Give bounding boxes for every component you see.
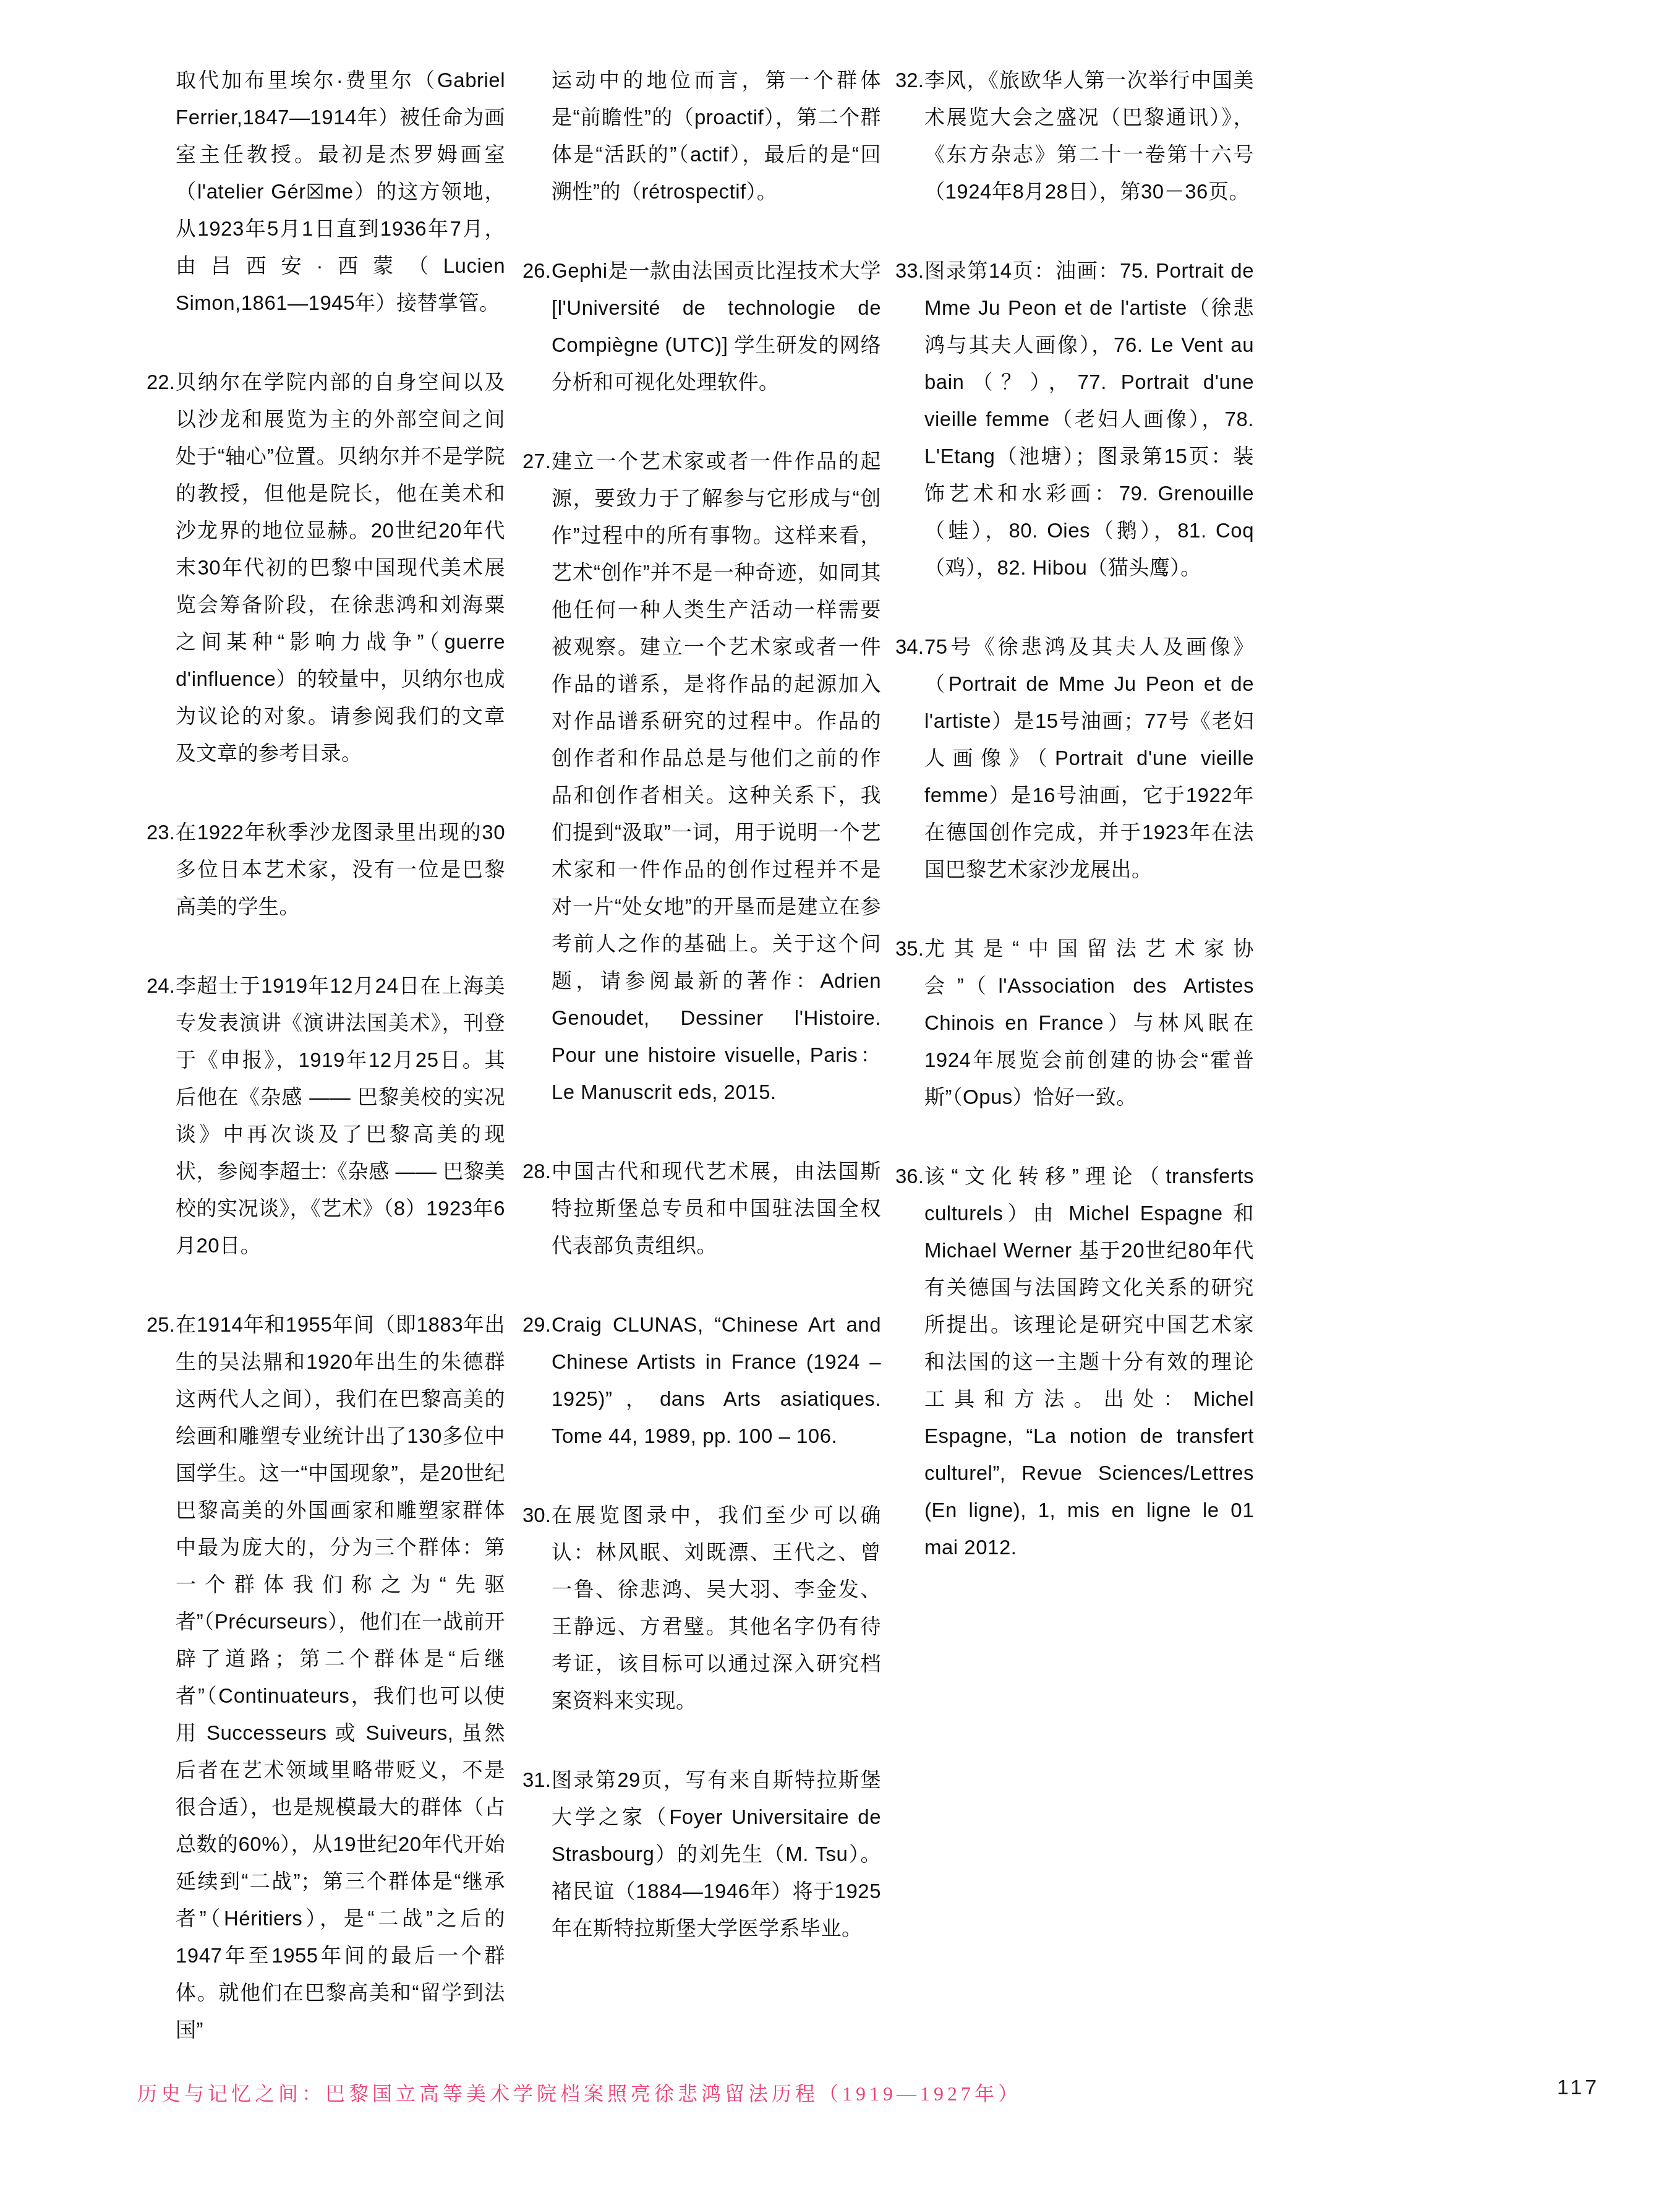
notes-column-1: 取代加布里埃尔·费里尔（Gabriel Ferrier,1847—1914年）被…: [147, 62, 505, 2091]
note-number: 24.: [147, 967, 175, 1004]
note-number: 27.: [522, 443, 551, 480]
note-text: 尤其是“中国留法艺术家协会”（l'Association des Artiste…: [924, 937, 1254, 1108]
note-text: 在1914年和1955年间（即1883年出生的吴法鼎和1920年出生的朱德群这两…: [176, 1313, 505, 2041]
note-number: 30.: [522, 1497, 551, 1534]
note-text: Gephi是一款由法国贡比涅技术大学 [l'Université de tech…: [552, 259, 881, 393]
note-36: 36.该“文化转移”理论（transferts culturels）由 Mich…: [895, 1158, 1254, 1566]
note-number: 26.: [522, 252, 551, 289]
note-number: 34.: [895, 628, 924, 666]
note-25: 25.在1914年和1955年间（即1883年出生的吴法鼎和1920年出生的朱德…: [147, 1306, 505, 2049]
note-32: 32.李风，《旅欧华人第一次举行中国美术展览大会之盛况（巴黎通讯）》，《东方杂志…: [895, 62, 1254, 210]
note-text: 该“文化转移”理论（transferts culturels）由 Michel …: [924, 1165, 1254, 1559]
notes-column-3: 32.李风，《旅欧华人第一次举行中国美术展览大会之盛况（巴黎通讯）》，《东方杂志…: [895, 62, 1254, 1608]
page-number: 117: [1557, 2076, 1600, 2100]
note-29: 29.Craig CLUNAS, “Chinese Art and Chines…: [522, 1306, 881, 1455]
note-text: 图录第29页，写有来自斯特拉斯堡大学之家（Foyer Universitaire…: [552, 1768, 881, 1940]
note-21-continuation: 取代加布里埃尔·费里尔（Gabriel Ferrier,1847—1914年）被…: [147, 62, 505, 322]
notes-column-2: 运动中的地位而言，第一个群体是“前瞻性”的（proactif），第二个群体是“活…: [522, 62, 881, 1989]
note-23: 23.在1922年秋季沙龙图录里出现的30多位日本艺术家，没有一位是巴黎高美的学…: [147, 814, 505, 925]
note-30: 30.在展览图录中，我们至少可以确认：林风眠、刘既漂、王代之、曾一鲁、徐悲鸿、吴…: [522, 1497, 881, 1719]
note-text: 运动中的地位而言，第一个群体是“前瞻性”的（proactif），第二个群体是“活…: [552, 69, 881, 203]
note-number: 35.: [895, 930, 924, 967]
note-number: 25.: [147, 1306, 175, 1343]
note-text: 图录第14页：油画：75. Portrait de Mme Ju Peon et…: [924, 259, 1254, 579]
note-number: 28.: [522, 1153, 551, 1190]
note-number: 23.: [147, 814, 175, 851]
journal-endnotes-page: 取代加布里埃尔·费里尔（Gabriel Ferrier,1847—1914年）被…: [0, 0, 1680, 2192]
note-number: 22.: [147, 364, 175, 401]
note-34: 34.75号《徐悲鸿及其夫人及画像》（Portrait de Mme Ju Pe…: [895, 628, 1254, 888]
note-number: 33.: [895, 252, 924, 289]
note-text: 75号《徐悲鸿及其夫人及画像》（Portrait de Mme Ju Peon …: [924, 635, 1254, 881]
note-text: 在展览图录中，我们至少可以确认：林风眠、刘既漂、王代之、曾一鲁、徐悲鸿、吴大羽、…: [552, 1504, 881, 1712]
note-33: 33.图录第14页：油画：75. Portrait de Mme Ju Peon…: [895, 252, 1254, 586]
note-28: 28.中国古代和现代艺术展，由法国斯特拉斯堡总专员和中国驻法国全权代表部负责组织…: [522, 1153, 881, 1264]
note-text: 在1922年秋季沙龙图录里出现的30多位日本艺术家，没有一位是巴黎高美的学生。: [176, 821, 505, 918]
note-number: 32.: [895, 62, 924, 99]
note-text: 中国古代和现代艺术展，由法国斯特拉斯堡总专员和中国驻法国全权代表部负责组织。: [552, 1160, 881, 1257]
note-number: 36.: [895, 1158, 924, 1195]
note-text: Craig CLUNAS, “Chinese Art and Chinese A…: [552, 1313, 881, 1447]
note-number: 29.: [522, 1306, 551, 1343]
note-text: 贝纳尔在学院内部的自身空间以及以沙龙和展览为主的外部空间之间处于“轴心”位置。贝…: [176, 370, 505, 764]
note-text: 李超士于1919年12月24日在上海美专发表演讲《演讲法国美术》，刊登于《申报》…: [176, 974, 505, 1257]
running-footer-title: 历史与记忆之间：巴黎国立高等美术学院档案照亮徐悲鸿留法历程（1919—1927年…: [137, 2078, 1021, 2107]
note-22: 22.贝纳尔在学院内部的自身空间以及以沙龙和展览为主的外部空间之间处于“轴心”位…: [147, 364, 505, 772]
note-26: 26.Gephi是一款由法国贡比涅技术大学 [l'Université de t…: [522, 252, 881, 401]
note-24: 24.李超士于1919年12月24日在上海美专发表演讲《演讲法国美术》，刊登于《…: [147, 967, 505, 1264]
note-text: 建立一个艺术家或者一件作品的起源，要致力于了解参与它形成与“创作”过程中的所有事…: [552, 450, 881, 1103]
note-35: 35.尤其是“中国留法艺术家协会”（l'Association des Arti…: [895, 930, 1254, 1116]
note-text: 取代加布里埃尔·费里尔（Gabriel Ferrier,1847—1914年）被…: [176, 69, 505, 314]
note-31: 31.图录第29页，写有来自斯特拉斯堡大学之家（Foyer Universita…: [522, 1762, 881, 1947]
note-text: 李风，《旅欧华人第一次举行中国美术展览大会之盛况（巴黎通讯）》，《东方杂志》第二…: [924, 69, 1254, 203]
note-27: 27.建立一个艺术家或者一件作品的起源，要致力于了解参与它形成与“创作”过程中的…: [522, 443, 881, 1111]
note-number: 31.: [522, 1762, 551, 1799]
note-25-continuation: 运动中的地位而言，第一个群体是“前瞻性”的（proactif），第二个群体是“活…: [522, 62, 881, 210]
